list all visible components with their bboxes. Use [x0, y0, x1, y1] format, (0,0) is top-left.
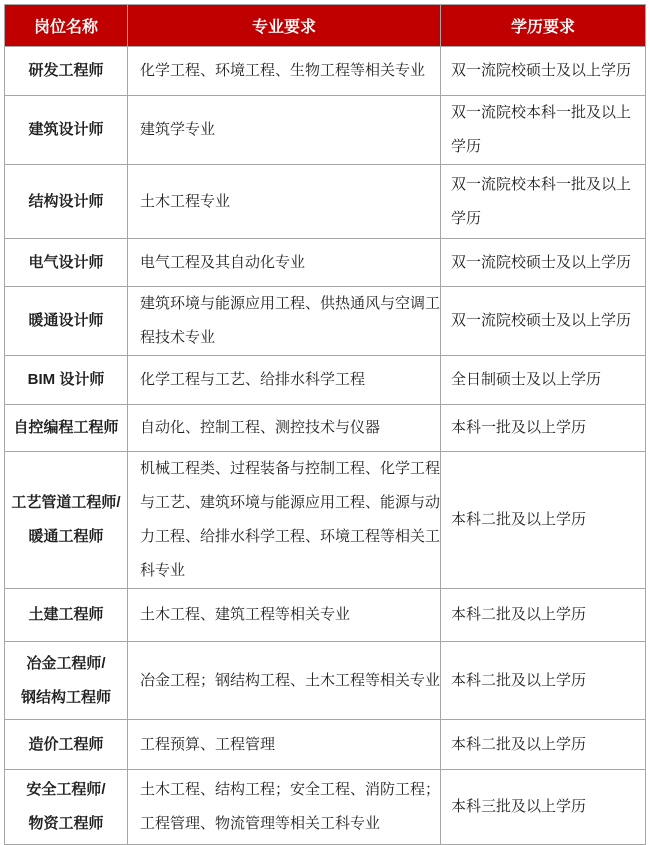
degree-cell: 本科二批及以上学历: [441, 589, 646, 642]
job-requirements-table: 岗位名称 专业要求 学历要求 研发工程师 化学工程、环境工程、生物工程等相关专业…: [4, 4, 646, 845]
degree-cell: 双一流院校硕士及以上学历: [441, 287, 646, 356]
position-cell: 建筑设计师: [5, 96, 128, 165]
table-row: 建筑设计师 建筑学专业 双一流院校本科一批及以上学历: [5, 96, 646, 165]
degree-cell: 本科二批及以上学历: [441, 642, 646, 720]
position-cell: 冶金工程师/ 钢结构工程师: [5, 642, 128, 720]
position-cell: BIM 设计师: [5, 356, 128, 405]
degree-cell: 本科三批及以上学历: [441, 770, 646, 845]
major-cell: 建筑学专业: [128, 96, 441, 165]
table-header: 岗位名称 专业要求 学历要求: [5, 5, 646, 47]
table-body: 研发工程师 化学工程、环境工程、生物工程等相关专业 双一流院校硕士及以上学历 建…: [5, 47, 646, 845]
table-row: 冶金工程师/ 钢结构工程师 冶金工程；钢结构工程、土木工程等相关专业 本科二批及…: [5, 642, 646, 720]
header-row: 岗位名称 专业要求 学历要求: [5, 5, 646, 47]
major-cell: 土木工程专业: [128, 165, 441, 239]
table-row: 安全工程师/ 物资工程师 土木工程、结构工程；安全工程、消防工程；工程管理、物流…: [5, 770, 646, 845]
position-cell: 电气设计师: [5, 239, 128, 287]
table-row: 自控编程工程师 自动化、控制工程、测控技术与仪器 本科一批及以上学历: [5, 405, 646, 452]
major-cell: 建筑环境与能源应用工程、供热通风与空调工程技术专业: [128, 287, 441, 356]
table-row: 造价工程师 工程预算、工程管理 本科二批及以上学历: [5, 720, 646, 770]
position-cell: 造价工程师: [5, 720, 128, 770]
major-cell: 冶金工程；钢结构工程、土木工程等相关专业: [128, 642, 441, 720]
degree-cell: 双一流院校硕士及以上学历: [441, 239, 646, 287]
degree-cell: 本科一批及以上学历: [441, 405, 646, 452]
major-cell: 工程预算、工程管理: [128, 720, 441, 770]
degree-cell: 全日制硕士及以上学历: [441, 356, 646, 405]
major-cell: 化学工程、环境工程、生物工程等相关专业: [128, 47, 441, 96]
page: 岗位名称 专业要求 学历要求 研发工程师 化学工程、环境工程、生物工程等相关专业…: [0, 0, 650, 845]
major-cell: 化学工程与工艺、给排水科学工程: [128, 356, 441, 405]
degree-cell: 双一流院校本科一批及以上学历: [441, 165, 646, 239]
degree-cell: 双一流院校本科一批及以上学历: [441, 96, 646, 165]
position-cell: 自控编程工程师: [5, 405, 128, 452]
major-cell: 电气工程及其自动化专业: [128, 239, 441, 287]
degree-cell: 本科二批及以上学历: [441, 452, 646, 589]
table-row: 电气设计师 电气工程及其自动化专业 双一流院校硕士及以上学历: [5, 239, 646, 287]
major-cell: 自动化、控制工程、测控技术与仪器: [128, 405, 441, 452]
degree-cell: 本科二批及以上学历: [441, 720, 646, 770]
column-header-position: 岗位名称: [5, 5, 128, 47]
degree-cell: 双一流院校硕士及以上学历: [441, 47, 646, 96]
column-header-major: 专业要求: [128, 5, 441, 47]
table-row: 暖通设计师 建筑环境与能源应用工程、供热通风与空调工程技术专业 双一流院校硕士及…: [5, 287, 646, 356]
table-row: 土建工程师 土木工程、建筑工程等相关专业 本科二批及以上学历: [5, 589, 646, 642]
position-cell: 工艺管道工程师/ 暖通工程师: [5, 452, 128, 589]
table-row: 结构设计师 土木工程专业 双一流院校本科一批及以上学历: [5, 165, 646, 239]
column-header-degree: 学历要求: [441, 5, 646, 47]
major-cell: 土木工程、结构工程；安全工程、消防工程；工程管理、物流管理等相关工科专业: [128, 770, 441, 845]
major-cell: 土木工程、建筑工程等相关专业: [128, 589, 441, 642]
position-cell: 暖通设计师: [5, 287, 128, 356]
position-cell: 土建工程师: [5, 589, 128, 642]
major-cell: 机械工程类、过程装备与控制工程、化学工程与工艺、建筑环境与能源应用工程、能源与动…: [128, 452, 441, 589]
position-cell: 安全工程师/ 物资工程师: [5, 770, 128, 845]
table-row: 研发工程师 化学工程、环境工程、生物工程等相关专业 双一流院校硕士及以上学历: [5, 47, 646, 96]
table-row: BIM 设计师 化学工程与工艺、给排水科学工程 全日制硕士及以上学历: [5, 356, 646, 405]
table-row: 工艺管道工程师/ 暖通工程师 机械工程类、过程装备与控制工程、化学工程与工艺、建…: [5, 452, 646, 589]
position-cell: 研发工程师: [5, 47, 128, 96]
position-cell: 结构设计师: [5, 165, 128, 239]
